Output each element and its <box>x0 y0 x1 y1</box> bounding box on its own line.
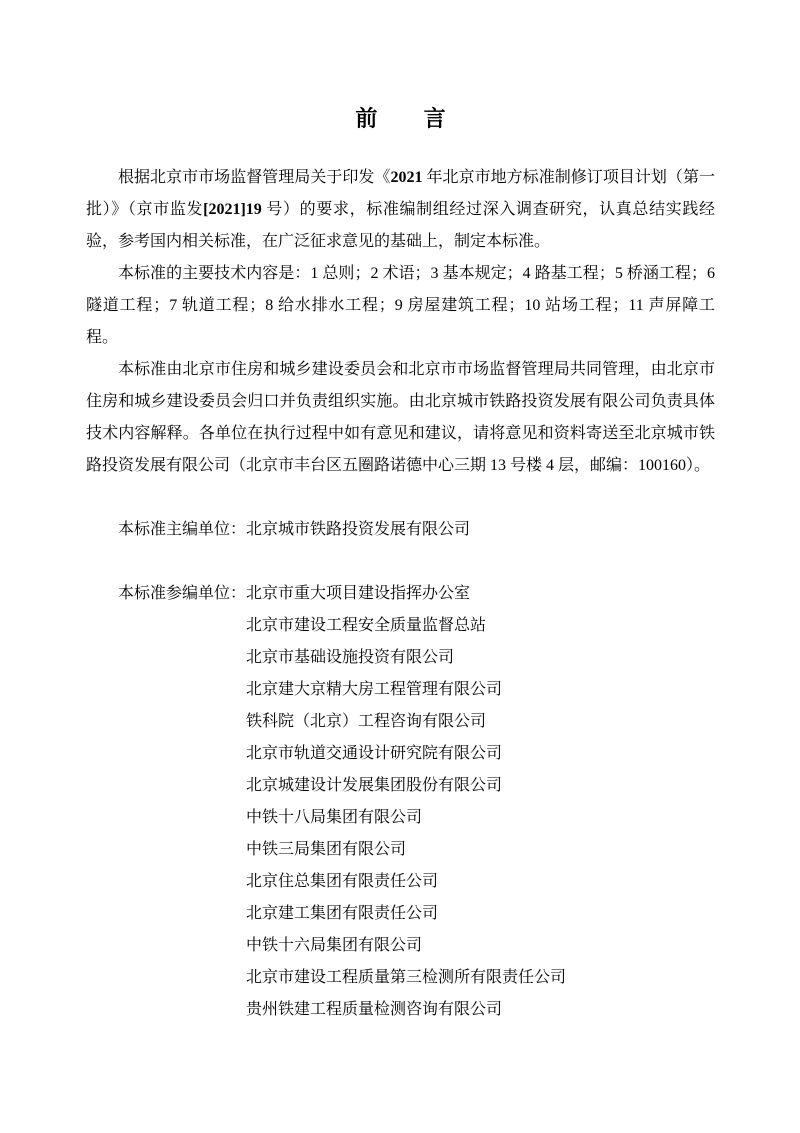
participant-unit: 北京建大京精大房工程管理有限公司 <box>246 674 715 706</box>
participant-unit: 北京市基础设施投资有限公司 <box>246 642 715 674</box>
participant-unit: 北京市轨道交通设计研究院有限公司 <box>246 738 715 770</box>
preface-paragraph-3: 本标准由北京市住房和城乡建设委员会和北京市市场监督管理局共同管理，由北京市住房和… <box>86 354 715 482</box>
year-number: 2021 <box>390 169 422 186</box>
chief-editor-section: 本标准主编单位： 北京城市铁路投资发展有限公司 <box>86 514 715 546</box>
participant-unit: 北京市建设工程安全质量监督总站 <box>246 610 715 642</box>
chief-editor-names: 北京城市铁路投资发展有限公司 <box>246 514 715 546</box>
participants-section: 本标准参编单位： 北京市重大项目建设指挥办公室 北京市建设工程安全质量监督总站 … <box>86 578 715 1026</box>
participant-unit: 贵州铁建工程质量检测咨询有限公司 <box>246 994 715 1026</box>
document-page: 前 言 根据北京市市场监督管理局关于印发《2021 年北京市地方标准制修订项目计… <box>0 0 800 1133</box>
participant-unit: 中铁十六局集团有限公司 <box>246 930 715 962</box>
paragraph-1-text: 根据北京市市场监督管理局关于印发《 <box>118 169 390 186</box>
chief-editor-unit: 北京城市铁路投资发展有限公司 <box>246 514 715 546</box>
participant-unit: 中铁三局集团有限公司 <box>246 834 715 866</box>
chief-editor-label: 本标准主编单位： <box>118 514 246 546</box>
participant-unit: 北京住总集团有限责任公司 <box>246 866 715 898</box>
participants-names: 北京市重大项目建设指挥办公室 北京市建设工程安全质量监督总站 北京市基础设施投资… <box>246 578 715 1026</box>
document-number: [2021]19 <box>203 201 262 218</box>
preface-paragraph-2: 本标准的主要技术内容是：1 总则；2 术语；3 基本规定；4 路基工程；5 桥涵… <box>86 258 715 354</box>
preface-body: 根据北京市市场监督管理局关于印发《2021 年北京市地方标准制修订项目计划（第一… <box>86 162 715 1026</box>
participant-unit: 中铁十八局集团有限公司 <box>246 802 715 834</box>
participant-unit: 北京城建设计发展集团股份有限公司 <box>246 770 715 802</box>
participant-unit: 北京建工集团有限责任公司 <box>246 898 715 930</box>
participant-unit: 铁科院（北京）工程咨询有限公司 <box>246 706 715 738</box>
participants-label: 本标准参编单位： <box>118 578 246 1026</box>
participant-unit: 北京市建设工程质量第三检测所有限责任公司 <box>246 962 715 994</box>
participant-unit: 北京市重大项目建设指挥办公室 <box>246 578 715 610</box>
page-title: 前 言 <box>86 106 715 132</box>
preface-paragraph-1: 根据北京市市场监督管理局关于印发《2021 年北京市地方标准制修订项目计划（第一… <box>86 162 715 258</box>
